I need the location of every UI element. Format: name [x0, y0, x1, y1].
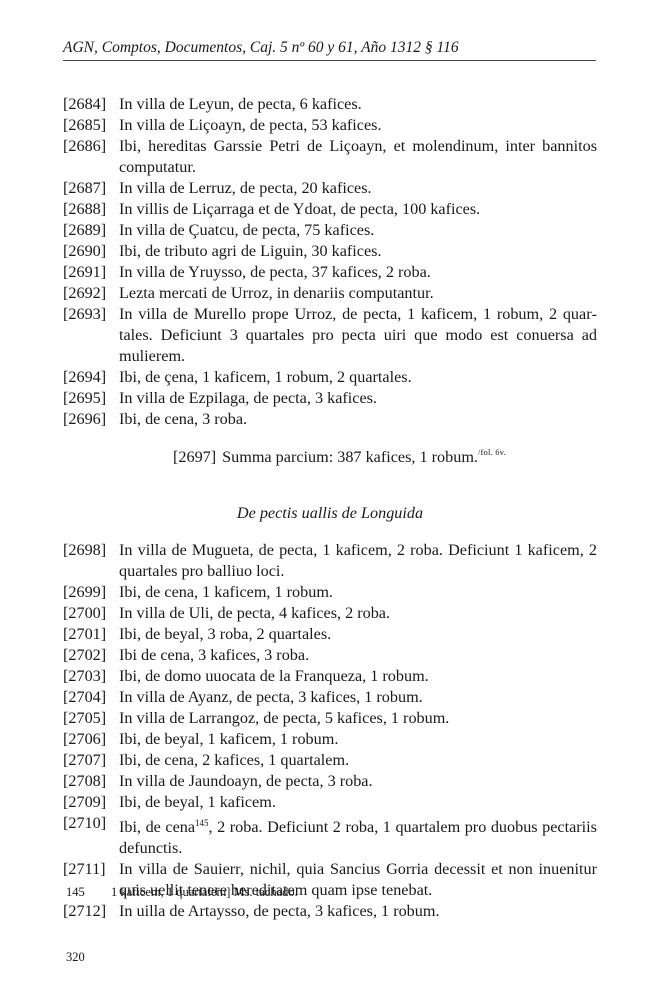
entry-number: [2698] — [63, 540, 119, 561]
entry: [2686]Ibi, hereditas Garssie Petri de Li… — [63, 136, 597, 178]
entry: [2704]In villa de Ayanz, de pecta, 3 kaf… — [63, 687, 597, 708]
entry: [2705]In villa de Larrangoz, de pecta, 5… — [63, 708, 597, 729]
entry: [2690]Ibi, de tributo agri de Liguin, 30… — [63, 241, 597, 262]
entry-number: [2710] — [63, 813, 119, 834]
entry-number: [2691] — [63, 262, 119, 283]
entry-number: [2696] — [63, 409, 119, 430]
entry-text: Ibi, de beyal, 1 kaficem. — [119, 792, 597, 813]
entry: [2699]Ibi, de cena, 1 kaficem, 1 robum. — [63, 582, 597, 603]
entry: [2709]Ibi, de beyal, 1 kaficem. — [63, 792, 597, 813]
header-rule — [63, 60, 596, 61]
entry: [2712]In uilla de Artaysso, de pecta, 3 … — [63, 901, 597, 922]
entry-number: [2695] — [63, 388, 119, 409]
entry-number: [2699] — [63, 582, 119, 603]
entry: [2693]In villa de Murello prope Urroz, d… — [63, 304, 597, 367]
entry-text: In villa de Ayanz, de pecta, 3 kafices, … — [119, 687, 597, 708]
entry-number: [2689] — [63, 220, 119, 241]
entry: [2707]Ibi, de cena, 2 kafices, 1 quartal… — [63, 750, 597, 771]
entry-text: Ibi, de beyal, 3 roba, 2 quartales. — [119, 624, 597, 645]
entry-text: In villa de Çuatcu, de pecta, 75 kafices… — [119, 220, 597, 241]
footnote-number: 145 — [66, 884, 111, 900]
entry: [2703]Ibi, de domo uuocata de la Franque… — [63, 666, 597, 687]
entry-text: Ibi, de cena, 2 kafices, 1 quartalem. — [119, 750, 597, 771]
entry-number: [2688] — [63, 199, 119, 220]
entry-text: Ibi, de cena145, 2 roba. Deficiunt 2 rob… — [119, 813, 597, 859]
entry: [2710]Ibi, de cena145, 2 roba. Deficiunt… — [63, 813, 597, 859]
entry-number: [2697] — [173, 448, 216, 466]
entry-number: [2709] — [63, 792, 119, 813]
entry-number: [2704] — [63, 687, 119, 708]
entry-text: In villa de Mugueta, de pecta, 1 kaficem… — [119, 540, 597, 582]
entry-text: In uilla de Artaysso, de pecta, 3 kafice… — [119, 901, 597, 922]
running-head: AGN, Comptos, Documentos, Caj. 5 nº 60 y… — [63, 38, 596, 58]
entry-text: Lezta mercati de Urroz, in denariis comp… — [119, 283, 597, 304]
entry-text: In villa de Liçoayn, de pecta, 53 kafice… — [119, 115, 597, 136]
page-number: 320 — [66, 949, 85, 965]
entry-text: In villa de Leyun, de pecta, 6 kafices. — [119, 94, 597, 115]
entry-text: In villa de Murello prope Urroz, de pect… — [119, 304, 597, 367]
entry: [2700]In villa de Uli, de pecta, 4 kafic… — [63, 603, 597, 624]
entries-block-2: [2698]In villa de Mugueta, de pecta, 1 k… — [63, 540, 597, 922]
entry-text: Ibi de cena, 3 kafices, 3 roba. — [119, 645, 597, 666]
entry-text: Ibi, de tributo agri de Liguin, 30 kafic… — [119, 241, 597, 262]
entry-text: Ibi, de cena, 3 roba. — [119, 409, 597, 430]
entry-number: [2694] — [63, 367, 119, 388]
entry-number: [2692] — [63, 283, 119, 304]
entry-number: [2687] — [63, 178, 119, 199]
entry-number: [2690] — [63, 241, 119, 262]
entry: [2696]Ibi, de cena, 3 roba. — [63, 409, 597, 430]
entry-text: Ibi, hereditas Garssie Petri de Liçoayn,… — [119, 136, 597, 178]
entry-number: [2705] — [63, 708, 119, 729]
entry-text: Ibi, de domo uuocata de la Franqueza, 1 … — [119, 666, 597, 687]
entry-number: [2700] — [63, 603, 119, 624]
entry-number: [2686] — [63, 136, 119, 157]
entries-block-1: [2684]In villa de Leyun, de pecta, 6 kaf… — [63, 94, 597, 430]
footnote-text: 1 kaficem, 1 quartalem] Ms. tachado. — [111, 884, 298, 900]
entry: [2701]Ibi, de beyal, 3 roba, 2 quartales… — [63, 624, 597, 645]
entry: [2694]Ibi, de çena, 1 kaficem, 1 robum, … — [63, 367, 597, 388]
entry: [2688]In villis de Liçarraga et de Ydoat… — [63, 199, 597, 220]
entry-text: In villa de Yruysso, de pecta, 37 kafice… — [119, 262, 597, 283]
entry: [2698]In villa de Mugueta, de pecta, 1 k… — [63, 540, 597, 582]
summa-line: [2697]Summa parcium: 387 kafices, 1 robu… — [173, 442, 506, 468]
entry-number: [2693] — [63, 304, 119, 325]
entry-number: [2711] — [63, 859, 119, 880]
entry: [2691]In villa de Yruysso, de pecta, 37 … — [63, 262, 597, 283]
entry-text: In villa de Jaundoayn, de pecta, 3 roba. — [119, 771, 597, 792]
entry-text: In villa de Ezpilaga, de pecta, 3 kafice… — [119, 388, 597, 409]
running-head-text: AGN, Comptos, Documentos, Caj. 5 nº 60 y… — [63, 39, 459, 56]
entry: [2689]In villa de Çuatcu, de pecta, 75 k… — [63, 220, 597, 241]
entry: [2706]Ibi, de beyal, 1 kaficem, 1 robum. — [63, 729, 597, 750]
entry: [2692]Lezta mercati de Urroz, in denarii… — [63, 283, 597, 304]
entry-number: [2684] — [63, 94, 119, 115]
entry-text: In villis de Liçarraga et de Ydoat, de p… — [119, 199, 597, 220]
entry-number: [2708] — [63, 771, 119, 792]
entry: [2695]In villa de Ezpilaga, de pecta, 3 … — [63, 388, 597, 409]
entry: [2702]Ibi de cena, 3 kafices, 3 roba. — [63, 645, 597, 666]
entry-number: [2706] — [63, 729, 119, 750]
entry: [2685]In villa de Liçoayn, de pecta, 53 … — [63, 115, 597, 136]
entry-number: [2702] — [63, 645, 119, 666]
entry-text: In villa de Larrangoz, de pecta, 5 kafic… — [119, 708, 597, 729]
entry-number: [2703] — [63, 666, 119, 687]
entry-text: Ibi, de çena, 1 kaficem, 1 robum, 2 quar… — [119, 367, 597, 388]
entry-text: Ibi, de cena, 1 kaficem, 1 robum. — [119, 582, 597, 603]
entry-text: In villa de Lerruz, de pecta, 20 kafices… — [119, 178, 597, 199]
folio-marker: /fol. 6v. — [478, 447, 506, 457]
entry-number: [2685] — [63, 115, 119, 136]
entry-number: [2712] — [63, 901, 119, 922]
section-heading: De pectis uallis de Longuida — [0, 503, 660, 524]
entry: [2687]In villa de Lerruz, de pecta, 20 k… — [63, 178, 597, 199]
footnote: 145 1 kaficem, 1 quartalem] Ms. tachado. — [66, 884, 298, 900]
entry-number: [2707] — [63, 750, 119, 771]
entry-text: Ibi, de beyal, 1 kaficem, 1 robum. — [119, 729, 597, 750]
entry: [2708]In villa de Jaundoayn, de pecta, 3… — [63, 771, 597, 792]
entry-text: In villa de Uli, de pecta, 4 kafices, 2 … — [119, 603, 597, 624]
summa-text: Summa parcium: 387 kafices, 1 robum. — [222, 448, 478, 466]
entry: [2684]In villa de Leyun, de pecta, 6 kaf… — [63, 94, 597, 115]
entry-number: [2701] — [63, 624, 119, 645]
footnote-reference[interactable]: 145 — [195, 818, 209, 828]
